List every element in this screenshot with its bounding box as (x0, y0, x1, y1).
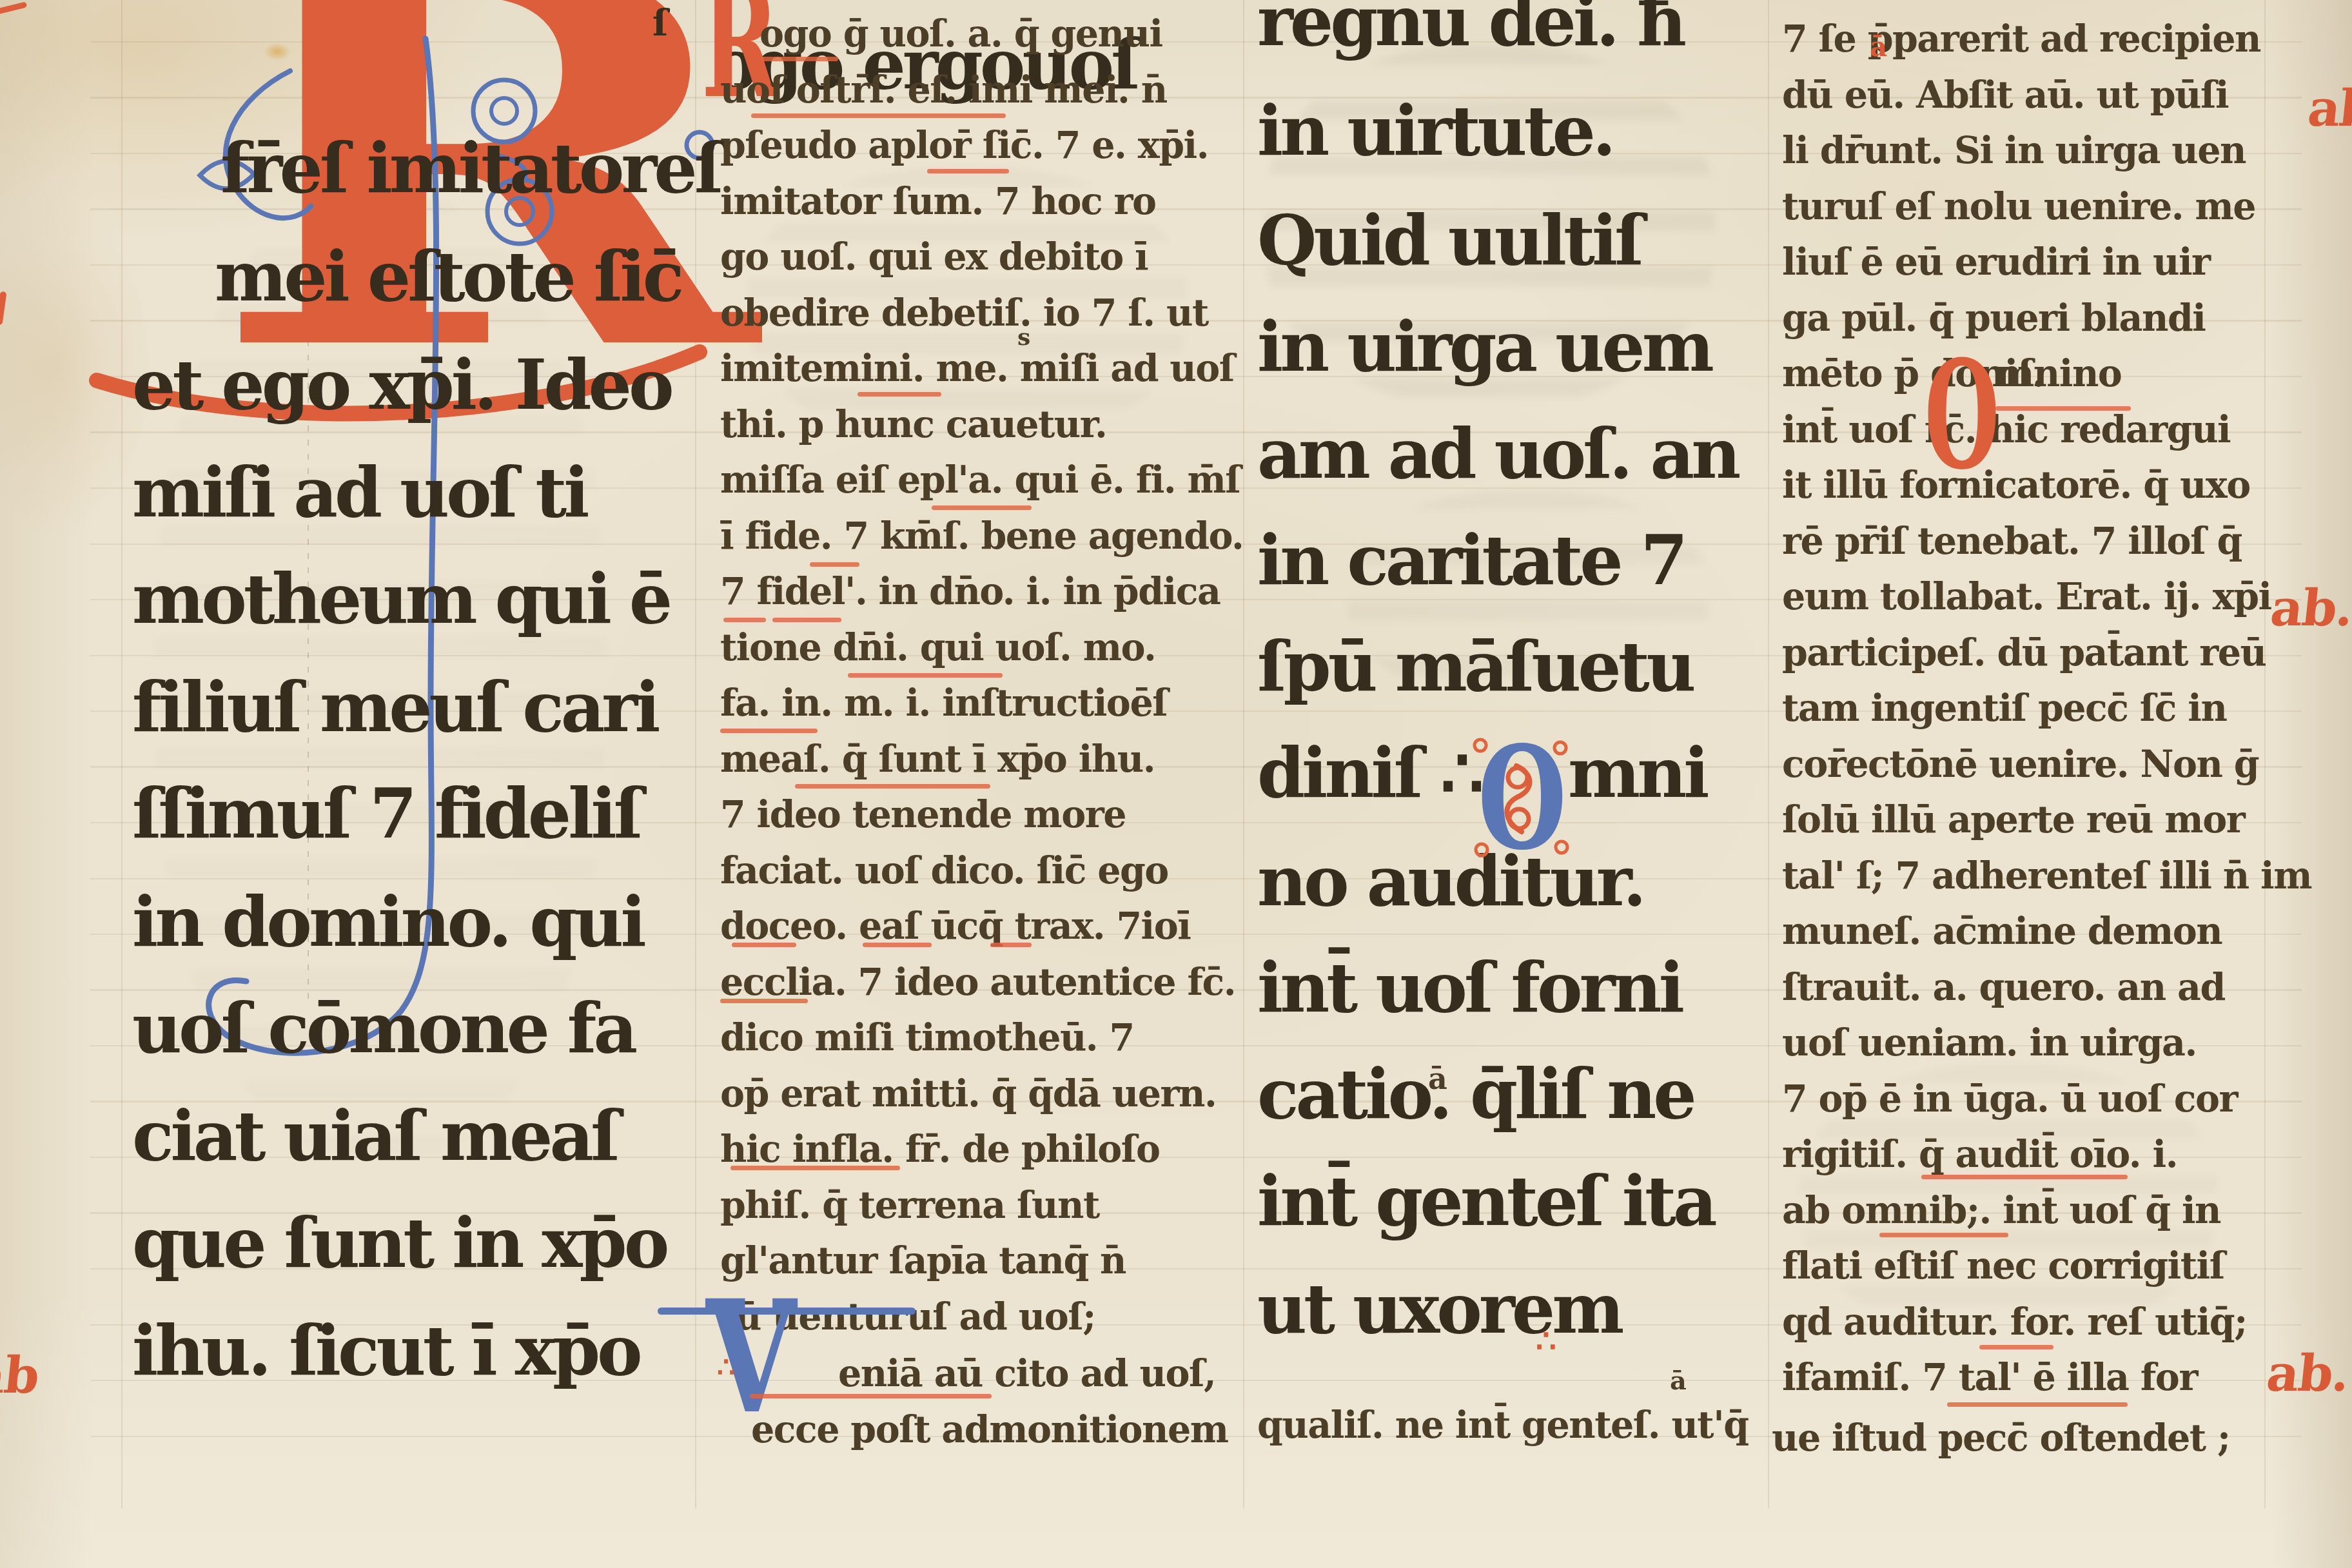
gloss-line: 7 ſe p̄parerit ad recipien (1782, 13, 2260, 66)
verse-line: uoſ cōmone fa (132, 977, 634, 1079)
gloss-line: dico miſi timotheū. 7 (720, 1012, 1134, 1065)
gloss-line: obedire debetiſ. io 7 ſ. ut (720, 287, 1208, 340)
gloss-line: eniā aū cito ad uoſ, (838, 1347, 1215, 1401)
verse-line: ſpū māſuetu (1257, 615, 1693, 718)
rubric-underline (932, 505, 1032, 510)
gloss-line: 7 op̄ ē in ūga. ū uoſ cor (1782, 1073, 2237, 1126)
gloss-line: uoſ oſtr̄ſ. eſ. imi mei. n̄ (720, 64, 1167, 117)
superscript-letter: ā (1670, 1368, 1687, 1394)
gloss-line: phiſ. q̄ terrena ſunt (720, 1179, 1099, 1233)
gloss-line: ſolū illū aperte reū mor (1782, 794, 2244, 847)
gloss-line: meaſ. q̄ ſunt ī xp̄o ihu. (720, 733, 1155, 787)
rubric-underline (848, 673, 1003, 678)
verse-line: in uirga uem (1257, 295, 1711, 398)
gloss-line: tal' ſ; 7 adherenteſ illi n̄ im (1782, 850, 2311, 903)
rubric-underline (720, 729, 818, 733)
gloss-line: ecce poſt admonitionem (751, 1404, 1228, 1457)
gloss-line: ſtrauit. a. quero. an ad (1782, 961, 2225, 1015)
vertical-ruling-line (1243, 0, 1244, 1509)
manuscript-page: R ogo ergouoſ ſ fr̄eſ imitatoreſ mei eſt… (0, 0, 2352, 1568)
verse-line: ciat uiaſ meaſ (132, 1084, 617, 1187)
gloss-line: go uoſ. qui ex debito ī (720, 231, 1148, 284)
vertical-ruling-line (2264, 0, 2266, 1509)
rubric-underline (1921, 1175, 2128, 1179)
gloss-line: tam ingentiſ pecc̄ ſc̄ in (1782, 682, 2226, 736)
gloss-line: qd auditur. for. reſ utiq̄; (1782, 1296, 2247, 1349)
gloss-line: participeſ. dū pat̄ant reū (1782, 627, 2266, 680)
gloss-line: li dr̄unt. Si in uirga uen (1782, 124, 2246, 178)
rubric-underline (723, 618, 766, 622)
verse-line: ſſimuſ 7 fideliſ (132, 762, 640, 865)
red-dots-mark: ∴ (1536, 1325, 1556, 1357)
verse-line: que ſunt in xp̄o (132, 1191, 666, 1294)
verse-line: regnū dei. ħ (1257, 0, 1683, 72)
gloss-line: liuſ ē eū erudiri in uir (1782, 236, 2210, 289)
bottom-catch-line: qualiſ. ne int̄ genteſ. ut'q̄ (1257, 1399, 1749, 1453)
verse-line: catio. q̄liſ ne (1257, 1043, 1694, 1145)
rubric-underline (730, 1166, 900, 1170)
initial-O-spiral-ornament (1476, 741, 1573, 857)
verse-line: no auditur. (1257, 830, 1643, 932)
gloss-line: tione dn̄i. qui uoſ. mo. (720, 622, 1155, 675)
superscript-letter: s (1017, 326, 1030, 349)
rubric-underline (720, 999, 808, 1003)
verse-line: ihu. ſicut ī xp̄o (132, 1299, 640, 1402)
gloss-line: rigitiſ. q̄ audit̄ oīo. i. (1782, 1128, 2177, 1182)
gloss-line: muneſ. ac̄mine demon (1782, 905, 2222, 959)
rubric-underline (990, 943, 1032, 947)
rubric-underline (732, 943, 796, 947)
verse-line: Quid uultiſ (1257, 189, 1641, 291)
gloss-line: fa. in. m. i. inſtructioēſ (720, 677, 1167, 730)
verse-line: fr̄eſ imitatoreſ (220, 117, 720, 219)
rubric-underline (1995, 406, 2131, 411)
verse-line: miſi ad uoſ ti (132, 441, 586, 544)
rubric-underline (927, 169, 1009, 173)
gloss-line: miſſa eiſ epl'a. qui ē. fi. m̄ſ (720, 454, 1240, 507)
gloss-line: thi. p hunc cauetur. (720, 398, 1106, 452)
rubric-underline (761, 57, 838, 61)
rubric-underline (750, 1394, 992, 1398)
gloss-line: turuſ eſ nolu uenire. me (1782, 181, 2255, 234)
gloss-line: dū eū. Abſit aū. ut pūſi (1782, 69, 2228, 122)
bottom-catch-line: ue iſtud pecc̄ oſtendet ; (1772, 1412, 2229, 1465)
rubric-underline (863, 943, 932, 947)
gloss-line: ifamiſ. 7 tal' ē illa for (1782, 1351, 2197, 1405)
margin-note-ab: ab (2306, 84, 2352, 134)
gloss-line: flati eſtiſ nec corrigitiſ (1782, 1240, 2224, 1293)
verse-line: int̄ uoſ forni (1257, 936, 1681, 1039)
rubric-underline (1947, 1402, 2128, 1407)
rubric-underline (810, 562, 859, 567)
red-margin-stroke (0, 1, 27, 14)
gloss-line: rē pr̄iſ tenebat. 7 illoſ q̄ (1782, 515, 2242, 569)
red-superscript: ā (1870, 34, 1887, 61)
initial-O-red: O (1925, 342, 1999, 490)
margin-note-ab: ab. (2268, 583, 2352, 634)
rubric-underline (1979, 1345, 2053, 1349)
gloss-line: ab omnib;. int̄ uoſ q̄ in (1782, 1184, 2220, 1238)
gloss-line: mnino (1995, 348, 2121, 401)
verse-line: et ego xp̄i. Ideo (132, 333, 671, 436)
verse-line: diniſ ∴ (1257, 721, 1481, 824)
gloss-line: imitemini. me. miſi ad uoſ (720, 342, 1234, 396)
verse-line: motheum qui ē (132, 547, 669, 650)
rubric-underline (857, 392, 941, 397)
gloss-line: cor̄ectōnē uenire. Non ḡ (1782, 738, 2259, 792)
margin-note-ab: ab. (2264, 1349, 2351, 1399)
verse-line: int̄ genteſ ita (1257, 1150, 1714, 1252)
gloss-line: faciat. uoſ dico. ſic̄ ego (720, 845, 1168, 898)
rubric-underline (795, 784, 990, 789)
gloss-line: uoſ ueniam. in uirga. (1782, 1017, 2197, 1070)
verse-line: filiuſ meuſ cari (132, 656, 657, 758)
verse-line: in uirtute. (1257, 79, 1613, 182)
rubric-underline (1879, 1233, 2008, 1237)
gloss-line: int̄ uoſ rc̄. hic redargui (1782, 404, 2230, 457)
gloss-line: ī fide. 7 km̄ſ. bene agendo. (720, 510, 1243, 563)
margin-note-ab-clipped: ab (0, 1351, 41, 1401)
gloss-line: 7 ideo tenende more (720, 789, 1126, 842)
gloss-line: eum tollabat. Erat. ij. xp̄i (1782, 571, 2271, 624)
verse-line: mei eſtote ſic̄ (215, 225, 681, 328)
vertical-ruling-line (1768, 0, 1769, 1509)
gloss-line: it illū fornicatorē. q̄ uxo (1782, 459, 2250, 513)
gloss-line: pſeudo aplor̄ ſic̄. 7 e. xp̄i. (720, 119, 1208, 173)
gloss-line: ogo ḡ uoſ. a. q̄ genui (759, 8, 1162, 61)
gloss-line: imitator ſum. 7 hoc ro (720, 175, 1156, 229)
rubric-underline (751, 113, 1006, 118)
verse-line: mni (1568, 721, 1707, 824)
superscript-letter: ſ (652, 5, 668, 41)
verse-line: am ad uoſ. an (1257, 402, 1738, 505)
red-margin-stroke (0, 291, 7, 326)
verse-line: in caritate 7 (1257, 509, 1685, 611)
red-dots-mark: ∴ (717, 1354, 735, 1382)
gloss-line: op̄ erat mitti. q̄ q̄dā uern. (720, 1068, 1216, 1121)
verse-line: in domino. qui (132, 870, 643, 973)
verse-line: ut uxorem (1257, 1257, 1621, 1360)
rubric-underline (772, 618, 841, 622)
superscript-letter: ā (1428, 1064, 1447, 1093)
gloss-line: 7 fidel'. in dn̄o. i. in p̄dica (720, 565, 1220, 619)
